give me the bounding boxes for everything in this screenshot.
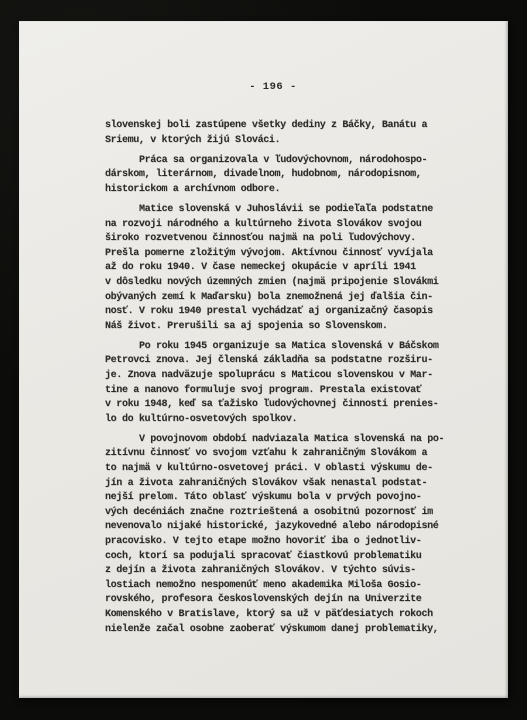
paragraph: Práca sa organizovala v ľudovýchovnom, n… [105,154,441,198]
text-line: lostiach nemožno nespomenúť meno akademi… [105,579,441,594]
text-line: dárskom, literárnom, divadelnom, hudobno… [105,168,441,183]
text-line: v dôsledku nových územných zmien (najmä … [105,276,441,291]
text-line: v roku 1948, keď sa ťažisko ľudovýchovne… [105,398,441,413]
paragraph: Po roku 1945 organizuje sa Matica sloven… [105,340,441,428]
text-line: Sriemu, v ktorých žijú Slováci. [105,134,441,149]
page-number: - 196 - [213,81,333,93]
text-line: coch, ktorí sa podujali spracovať čiastk… [105,550,441,565]
scan-background: - 196 - slovenskej boli zastúpene všetky… [0,0,527,720]
text-line: široko rozvetvenou činnosťou najmä na po… [105,232,441,247]
text-line: Náš život. Prerušili sa aj spojenia so S… [105,320,441,335]
paragraph: Matice slovenská v Juhoslávii se podieľa… [105,203,441,334]
text-line: nejší prelom. Táto oblasť výskumu bola v… [105,491,441,506]
text-line: rovského, profesora československých dej… [105,593,441,608]
text-line: nevenovalo nijaké historické, jazykovedn… [105,520,441,535]
paragraph: V povojnovom období nadviazala Matica sl… [105,433,441,637]
text-line: lo do kultúrno-osvetových spolkov. [105,413,441,428]
text-line: obývaných zemí k Maďarsku) bola znemožne… [105,291,441,306]
text-line: Petrovci znova. Jej členská základňa sa … [105,354,441,369]
paragraph: slovenskej boli zastúpene všetky dediny … [105,119,441,148]
text-line: zitívnu činnosť vo svojom vzťahu k zahra… [105,447,441,462]
text-line: nosť. V roku 1940 prestal vychádzať aj o… [105,305,441,320]
text-line: Matice slovenská v Juhoslávii se podieľa… [105,203,441,218]
text-line: na rozvoji národného a kultúrneho života… [105,218,441,233]
text-line: jín a života zahraničných Slovákov však … [105,477,441,492]
text-line: tine a nanovo formuluje svoj program. Pr… [105,384,441,399]
text-line: nielenže začal osobne zaoberať výskumom … [105,623,441,638]
text-block: slovenskej boli zastúpene všetky dediny … [105,119,441,643]
text-line: V povojnovom období nadviazala Matica sl… [105,433,441,448]
text-line: Práca sa organizovala v ľudovýchovnom, n… [105,154,441,169]
text-line: pracovisko. V tejto etape možno hovoriť … [105,535,441,550]
text-line: je. Znova nadväzuje spoluprácu s Maticou… [105,369,441,384]
document-page: - 196 - slovenskej boli zastúpene všetky… [19,21,508,698]
text-line: to najmä v kultúrno-osvetovej práci. V o… [105,462,441,477]
text-line: Po roku 1945 organizuje sa Matica sloven… [105,340,441,355]
text-line: až do roku 1940. V čase nemeckej okupáci… [105,261,441,276]
text-line: vých decéniách značne roztrieštená a oso… [105,506,441,521]
text-line: Prešla pomerne zložitým vývojom. Aktívno… [105,247,441,262]
text-line: slovenskej boli zastúpene všetky dediny … [105,119,441,134]
text-line: Komenského v Bratislave, ktorý sa už v p… [105,608,441,623]
text-line: historickom a archívnom odbore. [105,183,441,198]
text-line: z dejín a života zahraničných Slovákov. … [105,564,441,579]
